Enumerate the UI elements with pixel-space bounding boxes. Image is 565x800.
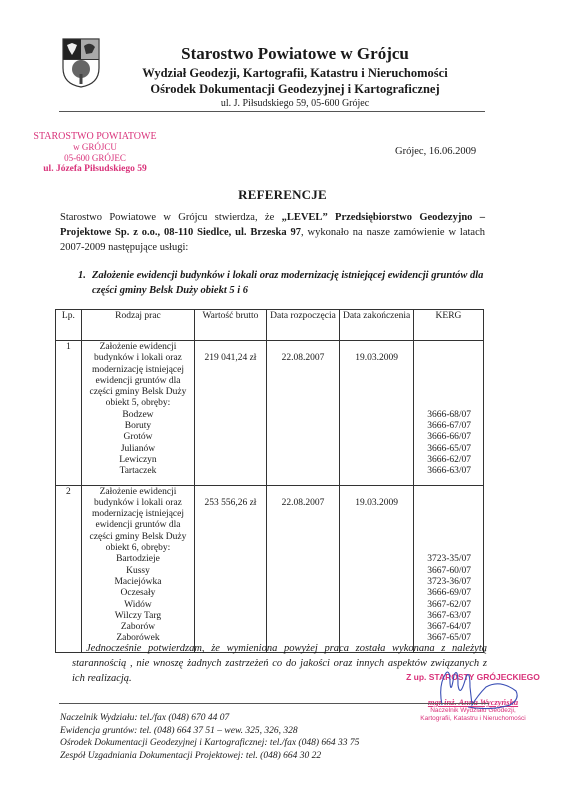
intro-paragraph: Starostwo Powiatowe w Grójcu stwierdza, … bbox=[60, 210, 485, 255]
kerg-number: 3666-66/07 bbox=[416, 432, 471, 443]
col-wartosc: Wartość brutto bbox=[195, 310, 267, 341]
kerg-number: 3666-65/07 bbox=[416, 444, 471, 455]
cell-rodzaj: Założenie ewidencji budynków i lokali or… bbox=[81, 485, 194, 652]
cell-wartosc: 253 556,26 zł bbox=[195, 485, 267, 652]
office-stamp: STAROSTWO POWIATOWE w GRÓJCU 05-600 GRÓJ… bbox=[30, 131, 160, 175]
department-name: Wydział Geodezji, Kartografii, Katastru … bbox=[110, 66, 480, 81]
obreb-name: Julianów bbox=[84, 444, 192, 455]
obreb-name: Grotów bbox=[84, 432, 192, 443]
obreb-name: Zaborów bbox=[84, 622, 192, 633]
document-heading: REFERENCJE bbox=[0, 187, 565, 203]
obreb-name: Lewiczyn bbox=[84, 455, 192, 466]
table-row: 2Założenie ewidencji budynków i lokali o… bbox=[56, 485, 484, 652]
kerg-number: 3666-69/07 bbox=[416, 588, 471, 599]
cell-kerg: 3666-68/073666-67/073666-66/073666-65/07… bbox=[413, 341, 483, 486]
signatory-role-2: Kartografii, Katastru i Nieruchomości bbox=[388, 715, 558, 723]
kerg-number: 3666-67/07 bbox=[416, 421, 471, 432]
cell-rodzaj: Założenie ewidencji budynków i lokali or… bbox=[81, 341, 194, 486]
kerg-number: 3666-63/07 bbox=[416, 466, 471, 477]
cell-lp: 1 bbox=[56, 341, 82, 486]
obreb-name: Wilczy Targ bbox=[84, 611, 192, 622]
footer-line: Ewidencja gruntów: tel. (048) 664 37 51 … bbox=[60, 725, 359, 738]
contact-footer: Naczelnik Wydziału: tel./fax (048) 670 4… bbox=[60, 712, 359, 762]
kerg-number: 3667-62/07 bbox=[416, 600, 471, 611]
cell-data-end: 19.03.2009 bbox=[340, 485, 414, 652]
kerg-number: 3667-63/07 bbox=[416, 611, 471, 622]
footer-line: Naczelnik Wydziału: tel./fax (048) 670 4… bbox=[60, 712, 359, 725]
header-divider bbox=[59, 111, 485, 112]
cell-lp: 2 bbox=[56, 485, 82, 652]
obreb-name: Boruty bbox=[84, 421, 192, 432]
work-description: Założenie ewidencji budynków i lokali or… bbox=[84, 342, 192, 410]
coat-of-arms-icon bbox=[62, 38, 100, 88]
cell-kerg: 3723-35/073667-60/073723-36/073666-69/07… bbox=[413, 485, 483, 652]
kerg-number: 3667-60/07 bbox=[416, 566, 471, 577]
intro-text: Starostwo Powiatowe w Grójcu stwierdza, … bbox=[60, 212, 282, 223]
col-kerg: KERG bbox=[413, 310, 483, 341]
obreb-name: Maciejówka bbox=[84, 577, 192, 588]
obreb-name: Bartodzieje bbox=[84, 554, 192, 565]
center-name: Ośrodek Dokumentacji Geodezyjnej i Karto… bbox=[110, 82, 480, 97]
kerg-number: 3723-36/07 bbox=[416, 577, 471, 588]
footer-line: Ośrodek Dokumentacji Geodezyjnej i Karto… bbox=[60, 737, 359, 750]
item-title-text: Założenie ewidencji budynków i lokali or… bbox=[92, 268, 488, 298]
col-rodzaj: Rodzaj prac bbox=[81, 310, 194, 341]
stamp-line-3: 05-600 GRÓJEC bbox=[30, 153, 160, 164]
footer-line: Zespół Uzgadniania Dokumentacji Projekto… bbox=[60, 750, 359, 763]
col-data-end: Data zakończenia bbox=[340, 310, 414, 341]
table-row: 1Założenie ewidencji budynków i lokali o… bbox=[56, 341, 484, 486]
kerg-number: 3667-64/07 bbox=[416, 622, 471, 633]
cell-data-start: 22.08.2007 bbox=[266, 485, 340, 652]
office-address: ul. J. Piłsudskiego 59, 05-600 Grójec bbox=[110, 98, 480, 109]
obreb-name: Widów bbox=[84, 600, 192, 611]
kerg-number: 3723-35/07 bbox=[416, 554, 471, 565]
obreb-name: Tartaczek bbox=[84, 466, 192, 477]
obreb-name: Kussy bbox=[84, 566, 192, 577]
item-number: 1. bbox=[78, 268, 86, 283]
footer-divider bbox=[59, 703, 489, 704]
service-item-title: 1. Założenie ewidencji budynków i lokali… bbox=[78, 268, 488, 298]
table-header-row: Lp. Rodzaj prac Wartość brutto Data rozp… bbox=[56, 310, 484, 341]
kerg-number: 3666-62/07 bbox=[416, 455, 471, 466]
stamp-line-2: w GRÓJCU bbox=[30, 142, 160, 153]
cell-data-end: 19.03.2009 bbox=[340, 341, 414, 486]
handwritten-signature-icon bbox=[420, 665, 530, 715]
obreb-name: Bodzew bbox=[84, 410, 192, 421]
references-table: Lp. Rodzaj prac Wartość brutto Data rozp… bbox=[55, 309, 484, 653]
office-name: Starostwo Powiatowe w Grójcu bbox=[110, 44, 480, 64]
col-data-start: Data rozpoczęcia bbox=[266, 310, 340, 341]
cell-data-start: 22.08.2007 bbox=[266, 341, 340, 486]
kerg-number: 3666-68/07 bbox=[416, 410, 471, 421]
stamp-line-4: ul. Józefa Piłsudskiego 59 bbox=[30, 164, 160, 175]
document-date: Grójec, 16.06.2009 bbox=[395, 146, 476, 157]
cell-wartosc: 219 041,24 zł bbox=[195, 341, 267, 486]
obreb-name: Oczesały bbox=[84, 588, 192, 599]
col-lp: Lp. bbox=[56, 310, 82, 341]
work-description: Założenie ewidencji budynków i lokali or… bbox=[84, 487, 192, 555]
stamp-line-1: STAROSTWO POWIATOWE bbox=[30, 131, 160, 142]
